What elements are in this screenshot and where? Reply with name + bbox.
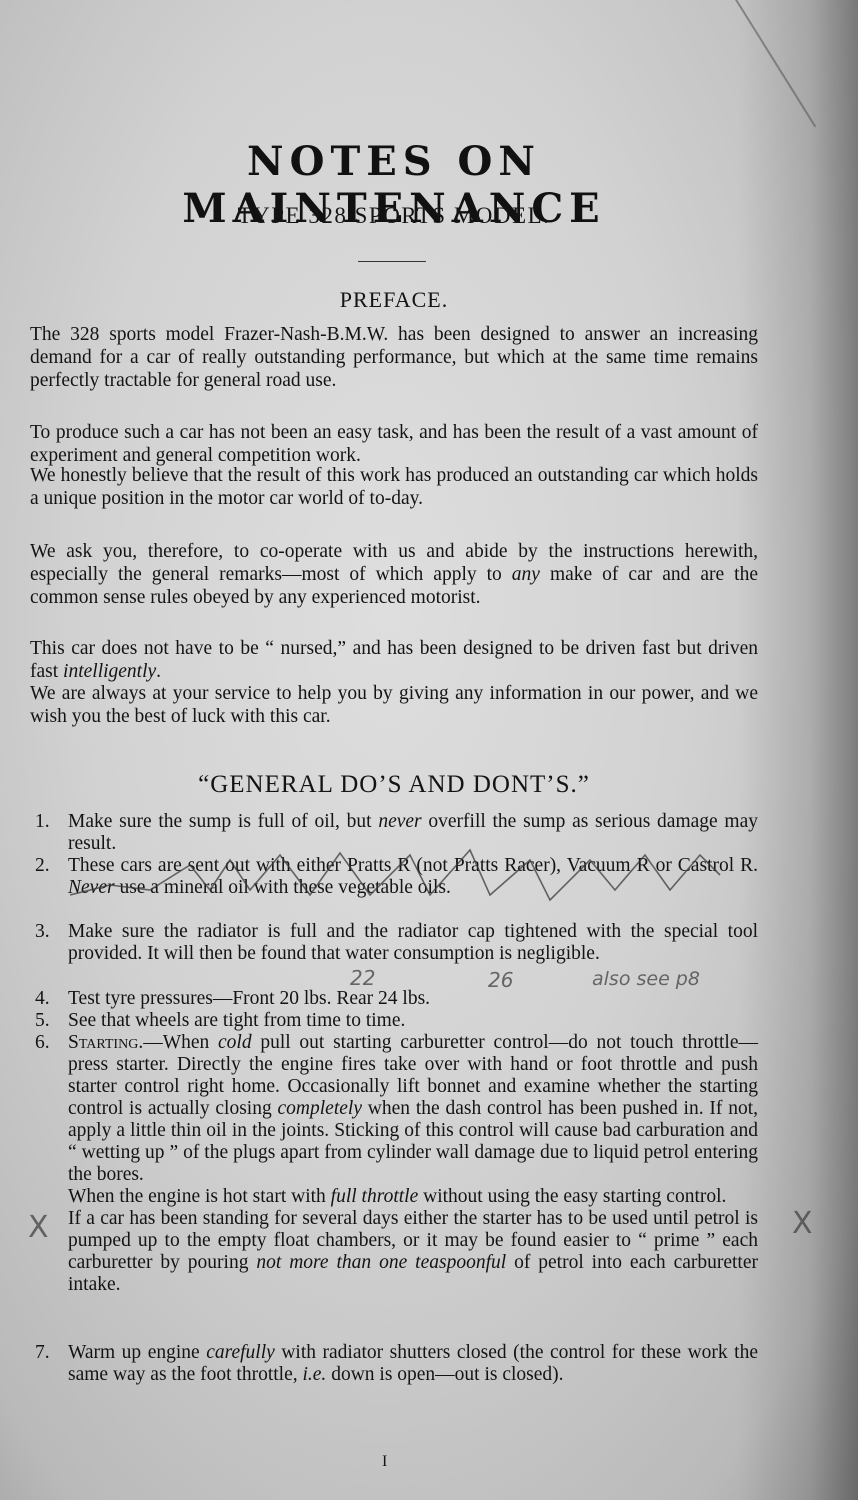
preface-paragraph-3: We honestly believe that the result of t… — [30, 464, 758, 510]
preface-paragraph-1: The 328 sports model Frazer-Nash-B.M.W. … — [30, 323, 758, 392]
handwritten-rear-pressure: 26 — [488, 968, 513, 992]
preface-paragraph-2: To produce such a car has not been an ea… — [30, 421, 758, 467]
preface-paragraph-5: This car does not have to be “ nursed,” … — [30, 637, 758, 683]
standing-note: If a car has been standing for several d… — [68, 1208, 758, 1296]
margin-mark-right: X — [792, 1206, 813, 1241]
preface-paragraph-4: We ask you, therefore, to co-operate wit… — [30, 540, 758, 609]
document-subtitle: TYPE 328 SPORTS MODEL. — [30, 203, 758, 229]
handwritten-strikethrough-scribble — [70, 845, 750, 905]
handwritten-front-pressure: 22 — [350, 966, 375, 990]
preface-heading: PREFACE. — [30, 287, 758, 313]
page-crease — [735, 0, 816, 127]
page-number: I — [382, 1453, 387, 1471]
preface-paragraph-6: We are always at your service to help yo… — [30, 682, 758, 728]
hot-start-note: When the engine is hot start with full t… — [68, 1186, 758, 1208]
divider-rule — [358, 261, 426, 262]
handwritten-note: also see p8 — [592, 968, 700, 990]
general-dos-donts-heading: “GENERAL DO’S AND DONT’S.” — [30, 771, 758, 799]
margin-mark-left: X — [28, 1210, 49, 1245]
